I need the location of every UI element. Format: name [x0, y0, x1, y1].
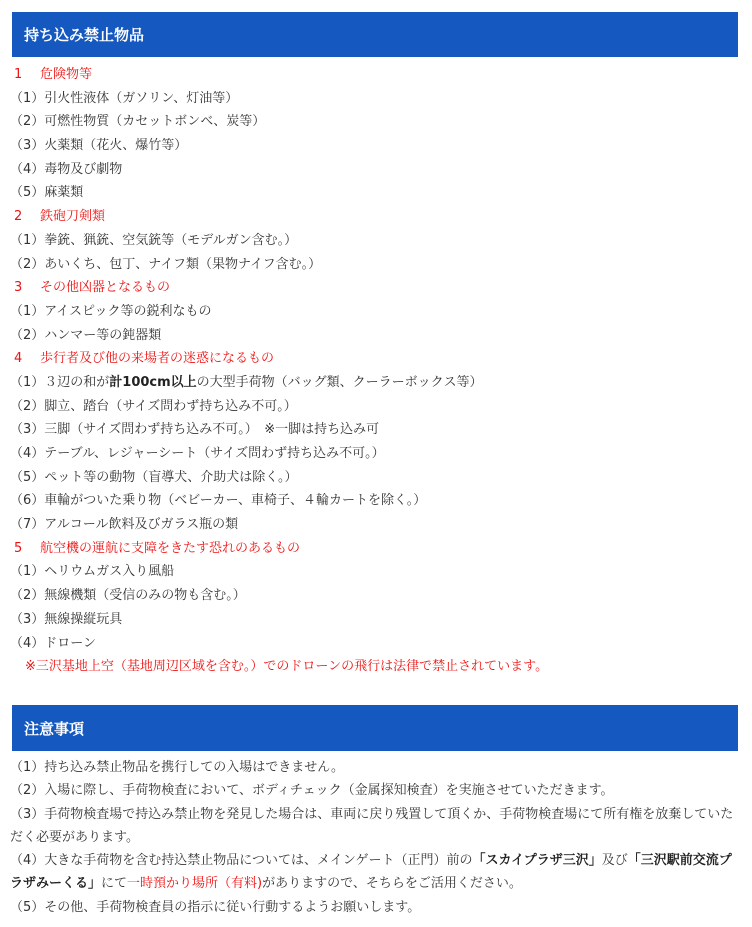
prohibited-items-list: 1危険物等 （1）引火性液体（ガソリン、灯油等） （2）可燃性物質（カセットボン… — [10, 63, 740, 679]
item-text: （4）大きな手荷物を含む持込禁止物品については、メインゲート（正門）前の — [10, 853, 473, 868]
list-item: （5）ペット等の動物（盲導犬、介助犬は除く。） — [10, 466, 740, 490]
list-item: （2）ハンマー等の鈍器類 — [10, 324, 740, 348]
list-item: （3）無線操縦玩具 — [10, 608, 740, 632]
item-text: 及び — [602, 853, 628, 868]
category-heading: 2鉄砲刀剣類 — [10, 205, 740, 229]
list-item: （3）手荷物検査場で持込み禁止物を発見した場合は、車両に戻り残置して頂くか、手荷… — [10, 803, 740, 850]
category-heading: 5航空機の運航に支障をきたす恐れのあるもの — [10, 537, 740, 561]
item-emphasis: 計100cm以上 — [109, 375, 196, 390]
list-item: （1）引火性液体（ガソリン、灯油等） — [10, 87, 740, 111]
list-item: （2）脚立、踏台（サイズ問わず持ち込み不可。） — [10, 395, 740, 419]
list-item: （6）車輪がついた乗り物（ベビーカー、車椅子、４輪カートを除く。） — [10, 489, 740, 513]
category-number: 3 — [14, 276, 40, 300]
section-title: 持ち込み禁止物品 — [24, 24, 144, 45]
category-label: 航空機の運航に支障をきたす恐れのあるもの — [40, 541, 300, 556]
category-number: 5 — [14, 537, 40, 561]
drone-warning-note: ※三沢基地上空（基地周辺区域を含む。）でのドローンの飛行は法律で禁止されています… — [10, 655, 740, 679]
category-label: その他凶器となるもの — [40, 280, 170, 295]
location-name-sky-plaza: 「スカイプラザ三沢」 — [473, 853, 602, 868]
list-item: （1）拳銃、猟銃、空気銃等（モデルガン含む。） — [10, 229, 740, 253]
precautions-list: （1）持ち込み禁止物品を携行しての入場はできません。 （2）入場に際し、手荷物検… — [10, 756, 740, 919]
list-item: （2）可燃性物質（カセットボンベ、炭等） — [10, 110, 740, 134]
category-label: 歩行者及び他の来場者の迷惑になるもの — [40, 351, 274, 366]
list-item: （5）麻薬類 — [10, 181, 740, 205]
category-heading: 3その他凶器となるもの — [10, 276, 740, 300]
list-item: （1）アイスピック等の鋭利なもの — [10, 300, 740, 324]
list-item: （4）テーブル、レジャーシート（サイズ問わず持ち込み不可。） — [10, 442, 740, 466]
list-item: （3）火薬類（花火、爆竹等） — [10, 134, 740, 158]
item-text: の大型手荷物（バッグ類、クーラーボックス等） — [197, 375, 483, 390]
list-item: （7）アルコール飲料及びガラス瓶の類 — [10, 513, 740, 537]
list-item: （2）あいくち、包丁、ナイフ類（果物ナイフ含む。） — [10, 253, 740, 277]
category-number: 1 — [14, 63, 40, 87]
list-item: （5）その他、手荷物検査員の指示に従い行動するようお願いします。 — [10, 896, 740, 919]
section-title: 注意事項 — [24, 718, 84, 739]
item-text: がありますので、そちらをご活用ください。 — [262, 876, 522, 891]
list-item: （1）ヘリウムガス入り風船 — [10, 560, 740, 584]
item-text: （1）３辺の和が — [10, 375, 109, 390]
category-heading: 1危険物等 — [10, 63, 740, 87]
list-item: （2）入場に際し、手荷物検査において、ボディチェック（金属探知検査）を実施させて… — [10, 779, 740, 802]
list-item: （3）三脚（サイズ問わず持ち込み不可。） ※一脚は持ち込み可 — [10, 418, 740, 442]
list-item: （2）無線機類（受信のみの物も含む。） — [10, 584, 740, 608]
list-item: （4）ドローン — [10, 632, 740, 656]
section-heading-prohibited-items: 持ち込み禁止物品 — [12, 12, 738, 57]
list-item: （4）毒物及び劇物 — [10, 158, 740, 182]
category-heading: 4歩行者及び他の来場者の迷惑になるもの — [10, 347, 740, 371]
temporary-storage-note: 一時預かり場所（有料) — [127, 876, 262, 891]
list-item: （1）３辺の和が計100cm以上の大型手荷物（バッグ類、クーラーボックス等） — [10, 371, 740, 395]
category-label: 危険物等 — [40, 67, 92, 82]
category-label: 鉄砲刀剣類 — [40, 209, 105, 224]
category-number: 4 — [14, 347, 40, 371]
list-item: （4）大きな手荷物を含む持込禁止物品については、メインゲート（正門）前の「スカイ… — [10, 849, 740, 896]
category-number: 2 — [14, 205, 40, 229]
item-text: にて — [101, 876, 127, 891]
section-heading-precautions: 注意事項 — [12, 705, 738, 751]
list-item: （1）持ち込み禁止物品を携行しての入場はできません。 — [10, 756, 740, 779]
